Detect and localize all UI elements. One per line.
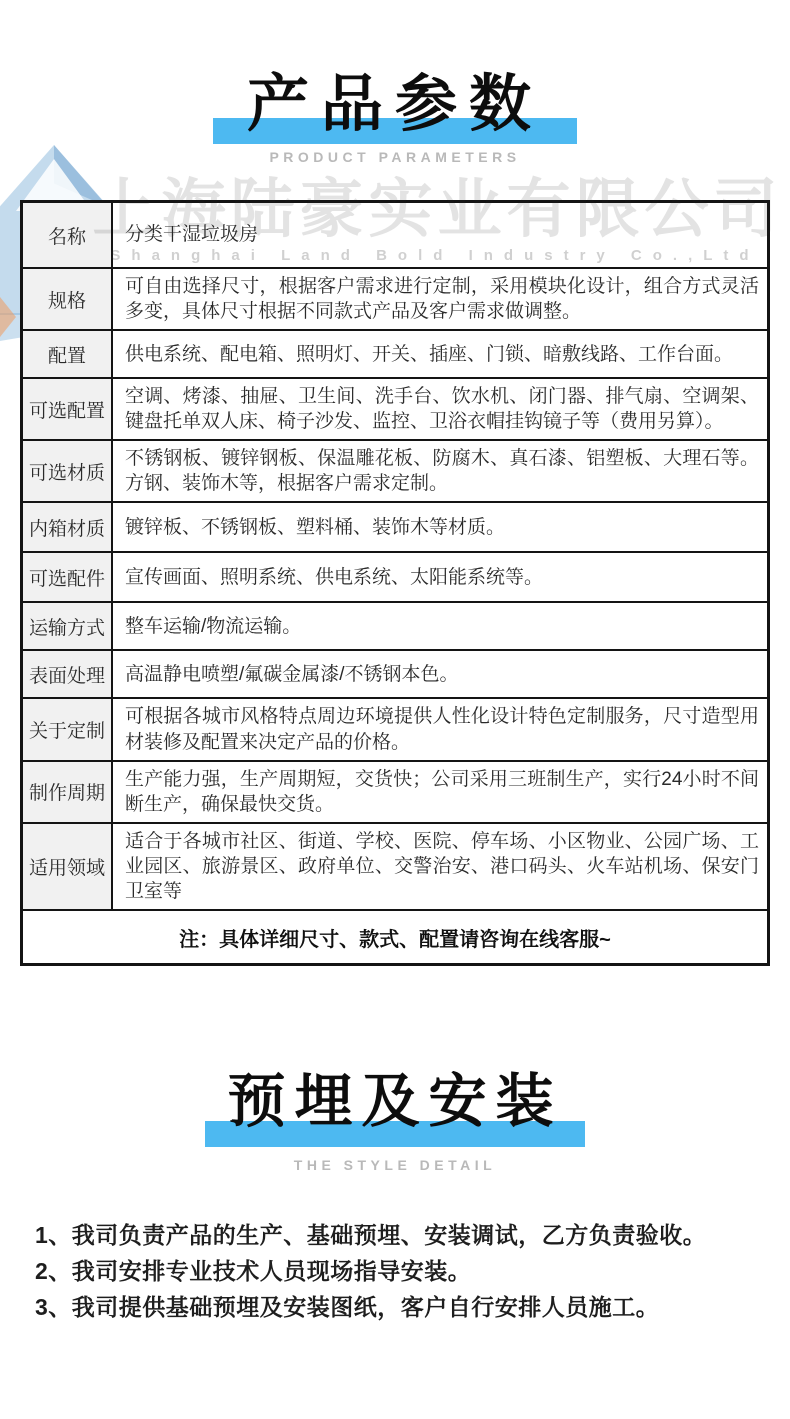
row-label: 关于定制 (23, 699, 113, 759)
table-row: 可选材质 不锈钢板、镀锌钢板、保温雕花板、防腐木、真石漆、铝塑板、大理石等。方钢… (23, 441, 767, 503)
section2-title: 预埋及安装 (0, 1068, 790, 1136)
row-value: 可自由选择尺寸，根据客户需求进行定制，采用模块化设计，组合方式灵活多变，具体尺寸… (113, 269, 767, 329)
row-value: 高温静电喷塑/氟碳金属漆/不锈钢本色。 (113, 651, 767, 697)
row-value: 宣传画面、照明系统、供电系统、太阳能系统等。 (113, 553, 767, 601)
table-row: 适用领域 适合于各城市社区、街道、学校、医院、停车场、小区物业、公园广场、工业园… (23, 824, 767, 911)
row-label: 适用领域 (23, 824, 113, 909)
row-label: 配置 (23, 331, 113, 377)
row-label: 名称 (23, 203, 113, 267)
row-value: 生产能力强，生产周期短，交货快；公司采用三班制生产，实行24小时不间断生产，确保… (113, 762, 767, 822)
section1-title: 产品参数 (0, 70, 790, 139)
section1-subtitle: PRODUCT PARAMETERS (0, 149, 790, 165)
row-label: 制作周期 (23, 762, 113, 822)
row-value: 供电系统、配电箱、照明灯、开关、插座、门锁、暗敷线路、工作台面。 (113, 331, 767, 377)
section2-subtitle: THE STYLE DETAIL (0, 1157, 790, 1173)
row-label: 可选配置 (23, 379, 113, 439)
list-item: 1、我司负责产品的生产、基础预埋、安装调试，乙方负责验收。 (35, 1217, 765, 1253)
row-label: 内箱材质 (23, 503, 113, 551)
row-value: 镀锌板、不锈钢板、塑料桶、装饰木等材质。 (113, 503, 767, 551)
row-value: 空调、烤漆、抽屉、卫生间、洗手台、饮水机、闭门器、排气扇、空调架、键盘托单双人床… (113, 379, 767, 439)
table-row: 关于定制 可根据各城市风格特点周边环境提供人性化设计特色定制服务，尺寸造型用材装… (23, 699, 767, 761)
list-item: 3、我司提供基础预埋及安装图纸，客户自行安排人员施工。 (35, 1289, 765, 1325)
table-row: 可选配置 空调、烤漆、抽屉、卫生间、洗手台、饮水机、闭门器、排气扇、空调架、键盘… (23, 379, 767, 441)
row-value: 整车运输/物流运输。 (113, 603, 767, 649)
row-value: 不锈钢板、镀锌钢板、保温雕花板、防腐木、真石漆、铝塑板、大理石等。方钢、装饰木等… (113, 441, 767, 501)
logo-orange-accent (0, 297, 16, 337)
row-value: 可根据各城市风格特点周边环境提供人性化设计特色定制服务，尺寸造型用材装修及配置来… (113, 699, 767, 759)
row-label: 可选材质 (23, 441, 113, 501)
table-row: 内箱材质 镀锌板、不锈钢板、塑料桶、装饰木等材质。 (23, 503, 767, 553)
table-note: 注：具体详细尺寸、款式、配置请咨询在线客服~ (23, 911, 767, 963)
row-label: 规格 (23, 269, 113, 329)
table-row: 制作周期 生产能力强，生产周期短，交货快；公司采用三班制生产，实行24小时不间断… (23, 762, 767, 824)
row-value: 适合于各城市社区、街道、学校、医院、停车场、小区物业、公园广场、工业园区、旅游景… (113, 824, 767, 909)
table-row: 运输方式 整车运输/物流运输。 (23, 603, 767, 651)
table-row: 配置 供电系统、配电箱、照明灯、开关、插座、门锁、暗敷线路、工作台面。 (23, 331, 767, 379)
list-item: 2、我司安排专业技术人员现场指导安装。 (35, 1253, 765, 1289)
row-label: 表面处理 (23, 651, 113, 697)
row-label: 运输方式 (23, 603, 113, 649)
product-parameters-table: 名称 分类干湿垃圾房 规格 可自由选择尺寸，根据客户需求进行定制，采用模块化设计… (20, 200, 770, 966)
table-row: 规格 可自由选择尺寸，根据客户需求进行定制，采用模块化设计，组合方式灵活多变，具… (23, 269, 767, 331)
table-row: 可选配件 宣传画面、照明系统、供电系统、太阳能系统等。 (23, 553, 767, 603)
row-value: 分类干湿垃圾房 (113, 203, 767, 267)
table-row: 名称 分类干湿垃圾房 (23, 203, 767, 269)
table-note-row: 注：具体详细尺寸、款式、配置请咨询在线客服~ (23, 911, 767, 963)
install-notes-list: 1、我司负责产品的生产、基础预埋、安装调试，乙方负责验收。 2、我司安排专业技术… (35, 1217, 765, 1325)
table-row: 表面处理 高温静电喷塑/氟碳金属漆/不锈钢本色。 (23, 651, 767, 699)
row-label: 可选配件 (23, 553, 113, 601)
